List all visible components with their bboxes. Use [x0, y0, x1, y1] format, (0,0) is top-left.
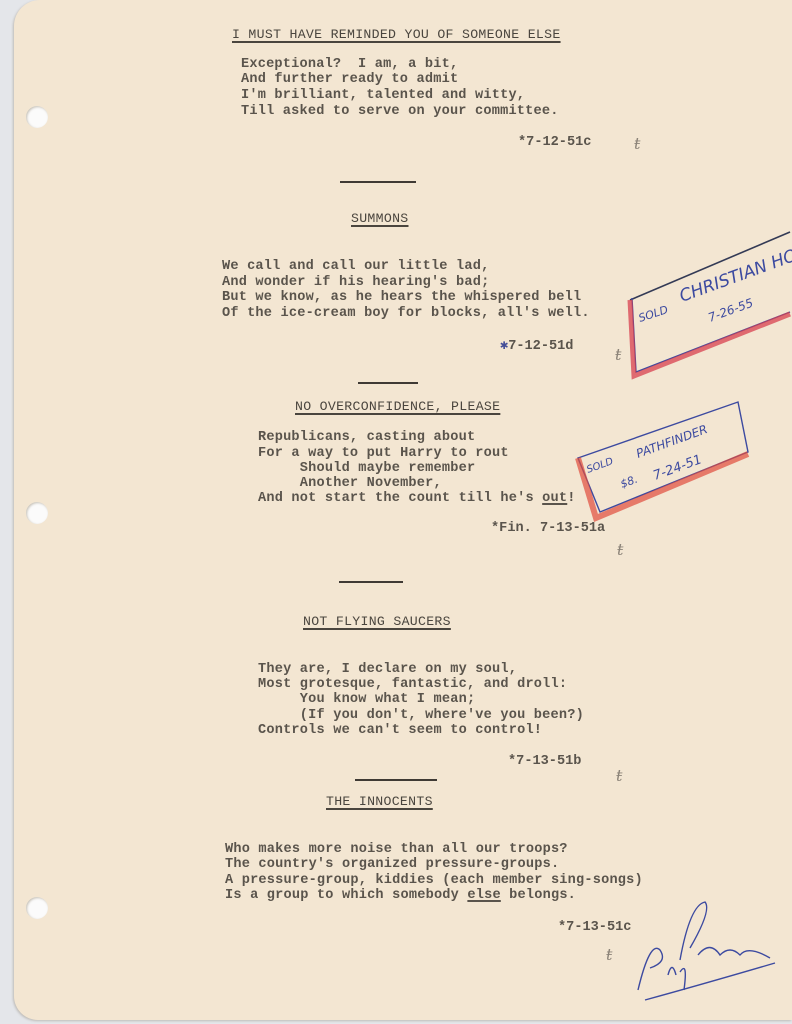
sold-label: SOLD: [637, 303, 670, 325]
signature: Roy Romine: [638, 902, 775, 1000]
sale-price: $8.: [619, 473, 640, 491]
sold-annotation-pathfinder: SOLD PATHFINDER $8. 7-24-51: [578, 402, 748, 518]
sold-label: SOLD: [585, 456, 615, 476]
handwritten-annotations: SOLD CHRISTIAN HOM 7-26-55 SOLD PATHFIND…: [0, 0, 792, 1024]
sold-annotation-christian-home: SOLD CHRISTIAN HOM 7-26-55: [630, 232, 792, 376]
sale-date: 7-26-55: [706, 296, 755, 325]
